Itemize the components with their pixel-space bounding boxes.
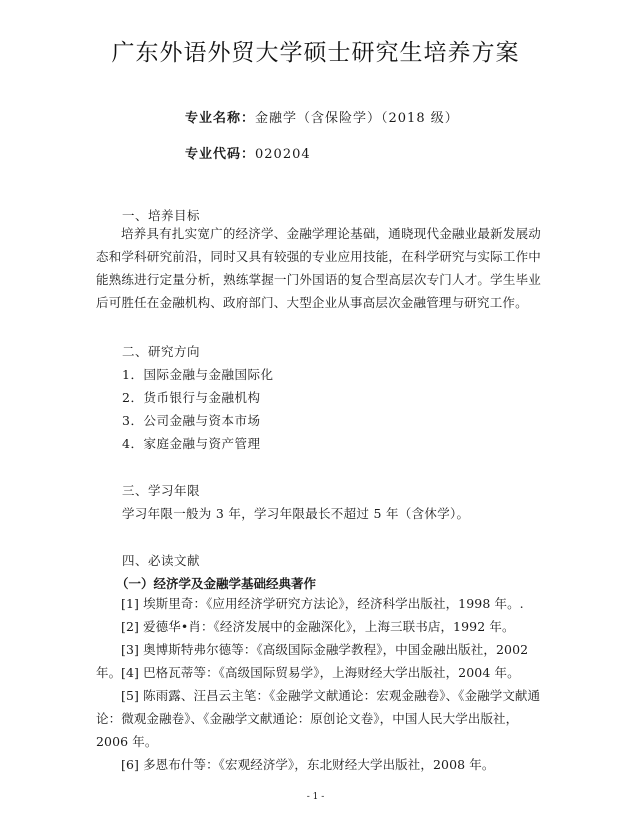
direction-item: 4．家庭金融与资产管理	[122, 434, 260, 452]
document-page: 广东外语外贸大学硕士研究生培养方案 专业名称：金融学（含保险学）（2018 级）…	[0, 0, 631, 835]
document-title: 广东外语外贸大学硕士研究生培养方案	[0, 34, 631, 67]
reference-item: [4] 巴格瓦蒂等：《高级国际贸易学》，上海财经大学出版社，2004 年。	[96, 661, 544, 684]
section-heading-directions: 二、研究方向	[122, 342, 200, 360]
section-heading-readings: 四、必读文献	[122, 551, 200, 569]
major-code-label: 专业代码：	[185, 147, 255, 162]
reference-item: [2] 爱德华•肖：《经济发展中的金融深化》，上海三联书店，1992 年。	[96, 615, 544, 638]
reference-item: [1] 埃斯里奇：《应用经济学研究方法论》，经济科学出版社，1998 年。.	[96, 592, 544, 615]
major-name-row: 专业名称：金融学（含保险学）（2018 级）	[185, 107, 459, 126]
reference-item: [6] 多恩布什等：《宏观经济学》，东北财经大学出版社，2008 年。	[96, 753, 544, 776]
major-code-row: 专业代码：020204	[185, 143, 311, 162]
page-number: - 1 -	[0, 792, 631, 802]
direction-item: 3．公司金融与资本市场	[122, 411, 260, 429]
duration-text: 学习年限一般为 3 年，学习年限最长不超过 5 年（含休学）。	[122, 504, 469, 522]
reference-item: [5] 陈雨露、汪昌云主笔：《金融学文献通论：宏观金融卷》、《金融学文献通论：微…	[96, 684, 544, 753]
major-code-value: 020204	[255, 147, 311, 162]
major-name-label: 专业名称：	[185, 111, 255, 126]
readings-subheading: （一）经济学及金融学基础经典著作	[116, 574, 316, 592]
goal-paragraph: 培养具有扎实宽广的经济学、金融学理论基础，通晓现代金融业最新发展动态和学科研究前…	[96, 222, 541, 314]
section-heading-duration: 三、学习年限	[122, 481, 200, 499]
major-name-value: 金融学（含保险学）（2018 级）	[255, 111, 459, 126]
direction-item: 1．国际金融与金融国际化	[122, 365, 273, 383]
direction-item: 2．货币银行与金融机构	[122, 388, 260, 406]
